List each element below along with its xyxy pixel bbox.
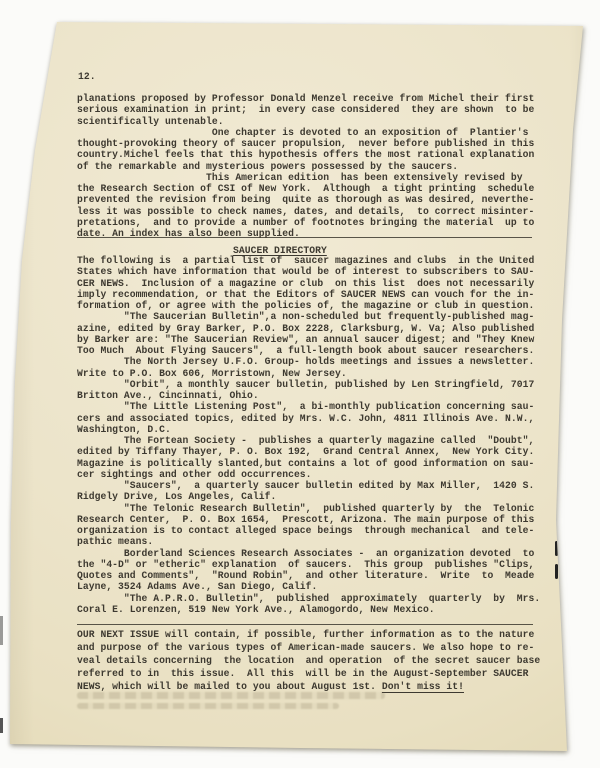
directory-list: The following is a partial list of sauce… xyxy=(77,255,540,615)
paper-page: 12. planations proposed by Professor Don… xyxy=(0,0,600,768)
scan-edge-artifact xyxy=(0,616,3,645)
edge-ink-mark xyxy=(555,564,558,579)
dont-miss-it-underlined: Don't miss it! xyxy=(382,681,464,692)
intro-paragraphs: planations proposed by Professor Donald … xyxy=(77,93,534,239)
next-issue-last-line-text: NEWS, which will be mailed to you about … xyxy=(77,681,382,692)
bleed-through-smudge xyxy=(77,692,385,699)
paper-shadow: 12. planations proposed by Professor Don… xyxy=(0,0,600,768)
next-issue-paragraph: OUR NEXT ISSUE will contain, if possible… xyxy=(77,628,540,680)
scan-edge-artifact xyxy=(0,718,3,733)
supplied-underline-rule xyxy=(77,237,532,238)
edge-ink-mark xyxy=(555,541,558,556)
scan-background: 12. planations proposed by Professor Don… xyxy=(0,0,600,768)
divider-rule xyxy=(77,624,533,625)
page-number: 12. xyxy=(78,71,96,82)
bleed-through-smudge xyxy=(77,703,339,709)
